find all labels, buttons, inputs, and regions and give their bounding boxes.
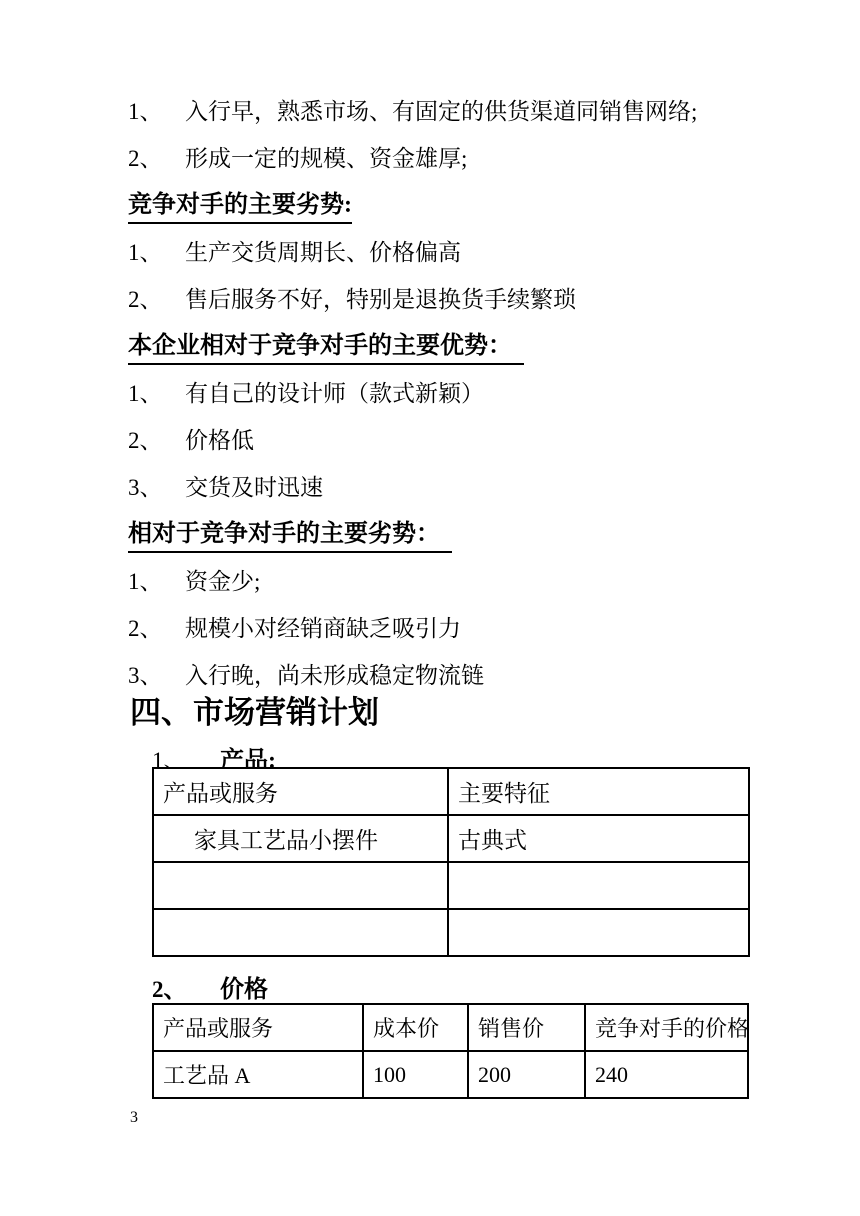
table-row (153, 909, 749, 956)
table-cell (153, 862, 448, 909)
table-cell: 200 (468, 1051, 585, 1098)
table-header-cell: 成本价 (363, 1004, 468, 1051)
list-item-number: 2、 (128, 426, 185, 455)
subsection-title: 价格 (220, 969, 268, 1004)
chapter-title: 市场营销计划 (193, 694, 379, 732)
list-item: 2、 售后服务不好，特别是退换货手续繁琐 (128, 285, 576, 314)
section-heading-competitor-weakness: 竞争对手的主要劣势: (128, 190, 352, 224)
list-item-text: 资金少; (185, 567, 260, 596)
list-item-text: 有自己的设计师（款式新颖） (185, 379, 484, 408)
table-cell: 古典式 (448, 815, 749, 862)
table-cell: 240 (585, 1051, 748, 1098)
list-item-number: 2、 (128, 614, 185, 643)
table-row: 家具工艺品小摆件 古典式 (153, 815, 749, 862)
list-item: 1、 入行早，熟悉市场、有固定的供货渠道同销售网络; (128, 97, 697, 126)
list-item: 1、 资金少; (128, 567, 260, 596)
list-item: 1、 有自己的设计师（款式新颖） (128, 379, 484, 408)
list-item-number: 1、 (128, 379, 185, 408)
heading-text: 相对于竞争对手的主要劣势： (128, 519, 452, 553)
document-page: 1、 入行早，熟悉市场、有固定的供货渠道同销售网络; 2、 形成一定的规模、资金… (0, 0, 860, 1216)
table-row: 工艺品 A 100 200 240 (153, 1051, 748, 1098)
list-item-number: 1、 (128, 97, 185, 126)
heading-text: 竞争对手的主要劣势: (128, 190, 352, 224)
table-header-cell: 销售价 (468, 1004, 585, 1051)
list-item-number: 1、 (128, 238, 185, 267)
table-header-row: 产品或服务 主要特征 (153, 768, 749, 815)
table-cell (448, 862, 749, 909)
list-item: 2、 规模小对经销商缺乏吸引力 (128, 614, 461, 643)
table-cell: 100 (363, 1051, 468, 1098)
chapter-heading-marketing-plan: 四、 市场营销计划 (130, 694, 379, 732)
table-header-cell: 主要特征 (448, 768, 749, 815)
list-item-text: 形成一定的规模、资金雄厚; (185, 144, 467, 173)
product-table: 产品或服务 主要特征 家具工艺品小摆件 古典式 (152, 767, 750, 957)
chapter-number: 四、 (130, 694, 193, 732)
table-header-row: 产品或服务 成本价 销售价 竞争对手的价格 (153, 1004, 748, 1051)
list-item-number: 1、 (128, 567, 185, 596)
list-item-number: 3、 (128, 661, 185, 690)
list-item: 2、 形成一定的规模、资金雄厚; (128, 144, 467, 173)
list-item: 3、 交货及时迅速 (128, 473, 323, 502)
list-item-text: 入行早，熟悉市场、有固定的供货渠道同销售网络; (185, 97, 697, 126)
subsection-heading-price: 2、 价格 (152, 969, 268, 1004)
list-item-text: 交货及时迅速 (185, 473, 323, 502)
list-item-number: 3、 (128, 473, 185, 502)
section-heading-our-advantage: 本企业相对于竞争对手的主要优势： (128, 331, 524, 365)
table-header-cell: 竞争对手的价格 (585, 1004, 748, 1051)
list-item-number: 2、 (128, 144, 185, 173)
page-number: 3 (130, 1108, 138, 1128)
table-cell (448, 909, 749, 956)
table-cell: 家具工艺品小摆件 (153, 815, 448, 862)
list-item-text: 生产交货周期长、价格偏高 (185, 238, 461, 267)
list-item-text: 价格低 (185, 426, 254, 455)
table-header-cell: 产品或服务 (153, 1004, 363, 1051)
list-item: 3、 入行晚，尚未形成稳定物流链 (128, 661, 484, 690)
table-cell (153, 909, 448, 956)
table-row (153, 862, 749, 909)
table-header-cell: 产品或服务 (153, 768, 448, 815)
list-item-text: 售后服务不好，特别是退换货手续繁琐 (185, 285, 576, 314)
list-item-text: 入行晚，尚未形成稳定物流链 (185, 661, 484, 690)
subsection-number: 2、 (152, 971, 220, 1004)
list-item: 2、 价格低 (128, 426, 254, 455)
list-item: 1、 生产交货周期长、价格偏高 (128, 238, 461, 267)
price-table: 产品或服务 成本价 销售价 竞争对手的价格 工艺品 A 100 200 240 (152, 1003, 749, 1099)
list-item-text: 规模小对经销商缺乏吸引力 (185, 614, 461, 643)
table-cell: 工艺品 A (153, 1051, 363, 1098)
section-heading-our-weakness: 相对于竞争对手的主要劣势： (128, 519, 452, 553)
heading-text: 本企业相对于竞争对手的主要优势： (128, 331, 524, 365)
list-item-number: 2、 (128, 285, 185, 314)
